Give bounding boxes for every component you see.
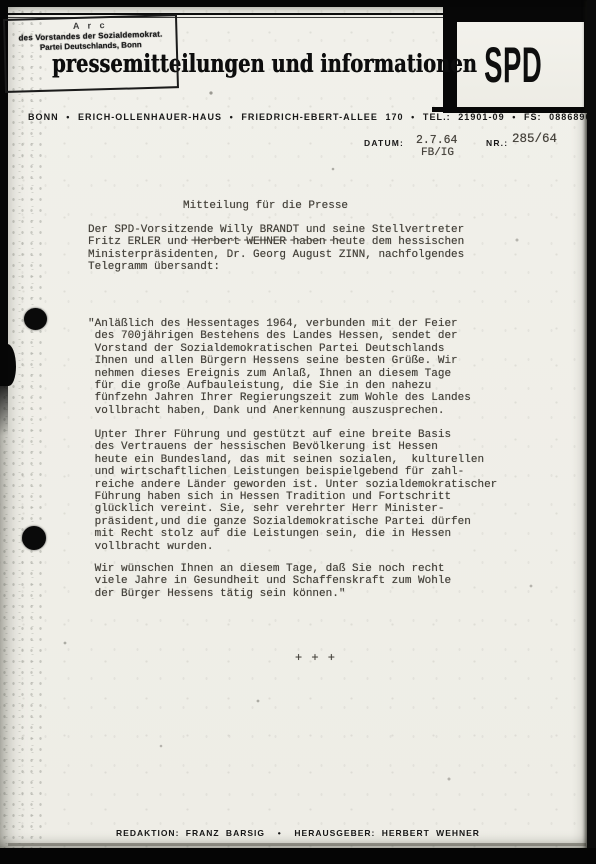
scan-border-right <box>587 0 596 864</box>
datum-ref: FB/IG <box>421 147 454 159</box>
scan-border-bottom <box>0 848 596 864</box>
datum-label: DATUM: <box>364 138 404 148</box>
hole-punch-bottom <box>22 526 46 550</box>
scanned-press-release: A r c des Vorstandes der Sozialdemokrat.… <box>0 0 596 864</box>
archive-stamp: A r c des Vorstandes der Sozialdemokrat.… <box>3 14 179 93</box>
address-line: BONN • ERICH-OLLENHAUER-HAUS • FRIEDRICH… <box>28 112 592 122</box>
hole-punch-top <box>24 308 47 330</box>
paragraph-intro: Der SPD-Vorsitzende Willy BRANDT und sei… <box>88 224 464 274</box>
scan-border-top <box>0 0 596 7</box>
paragraph-telegram-1: "Anläßlich des Hessentages 1964, verbund… <box>88 318 471 417</box>
letterhead-rule-top <box>8 13 445 15</box>
nr-label: NR.: <box>486 138 508 148</box>
paragraph-telegram-3: Wir wünschen Ihnen an diesem Tage, daß S… <box>88 563 451 600</box>
datum-value: 2.7.64 <box>416 134 457 147</box>
nr-value: 285/64 <box>512 132 557 146</box>
end-separator: + + + <box>295 651 336 665</box>
spd-logo-text: SPD <box>484 36 542 94</box>
paper-sheet <box>0 7 588 848</box>
paragraph-telegram-2: Unter Ihrer Führung und gestützt auf ein… <box>88 429 497 553</box>
footer-imprint: REDAKTION: FRANZ BARSIG • HERAUSGEBER: H… <box>0 828 596 838</box>
footer-rule <box>8 843 586 846</box>
press-heading-text: Mitteilung für die Presse <box>183 201 348 213</box>
